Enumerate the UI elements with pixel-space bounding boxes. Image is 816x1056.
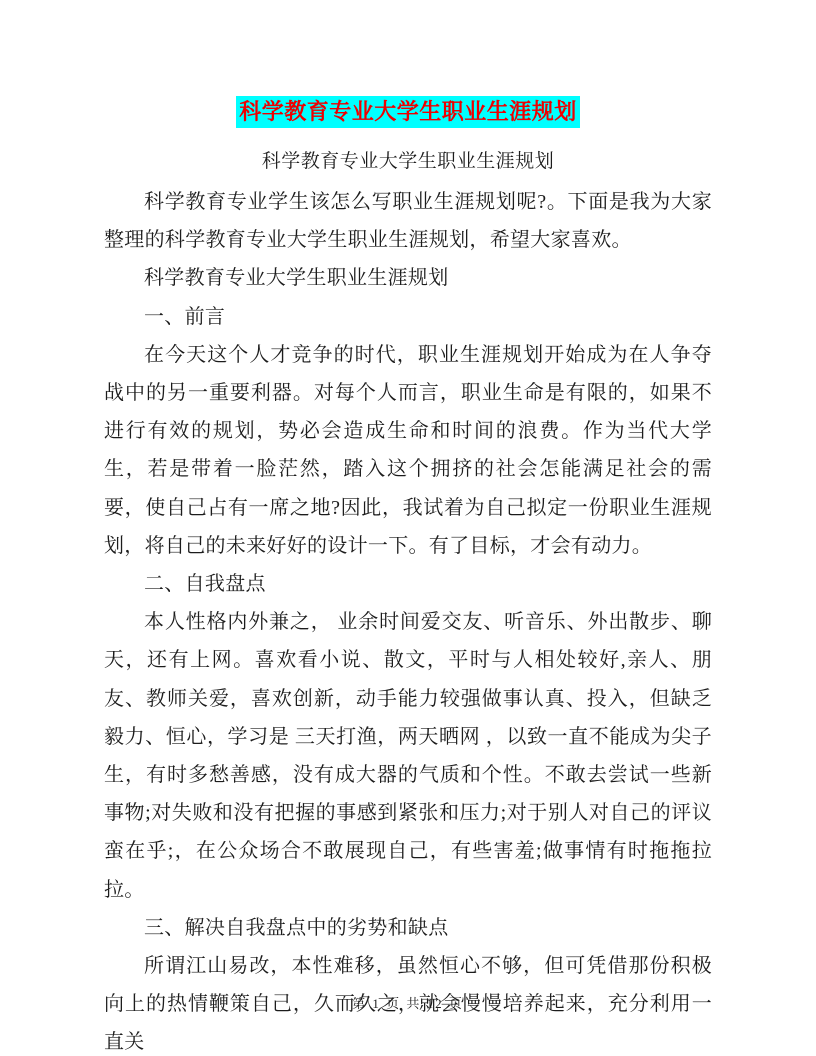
page-number-footer: 第 1 页 共 12 页	[0, 993, 816, 1012]
paragraph: 本人性格内外兼之， 业余时间爱交友、听音乐、外出散步、聊天，还有上网。喜欢看小说…	[104, 603, 712, 909]
document-body: 科学教育专业学生该怎么写职业生涯规划呢?。下面是我为大家整理的科学教育专业大学生…	[104, 183, 712, 1056]
paragraph: 在今天这个人才竞争的时代，职业生涯规划开始成为在人争夺战中的另一重要利器。对每个…	[104, 336, 712, 565]
paragraph: 二、自我盘点	[104, 565, 712, 603]
document-title-highlighted-text: 科学教育专业大学生职业生涯规划	[236, 96, 580, 128]
document-title: 科学教育专业大学生职业生涯规划	[104, 93, 712, 128]
paragraph: 一、前言	[104, 298, 712, 336]
paragraph: 科学教育专业大学生职业生涯规划	[104, 259, 712, 297]
paragraph: 科学教育专业学生该怎么写职业生涯规划呢?。下面是我为大家整理的科学教育专业大学生…	[104, 183, 712, 259]
document-content: 科学教育专业大学生职业生涯规划 科学教育专业大学生职业生涯规划 科学教育专业学生…	[0, 0, 816, 1056]
paragraph: 三、解决自我盘点中的劣势和缺点	[104, 909, 712, 947]
document-page: 科学教育专业大学生职业生涯规划 科学教育专业大学生职业生涯规划 科学教育专业学生…	[0, 0, 816, 1056]
document-subtitle: 科学教育专业大学生职业生涯规划	[104, 147, 712, 177]
